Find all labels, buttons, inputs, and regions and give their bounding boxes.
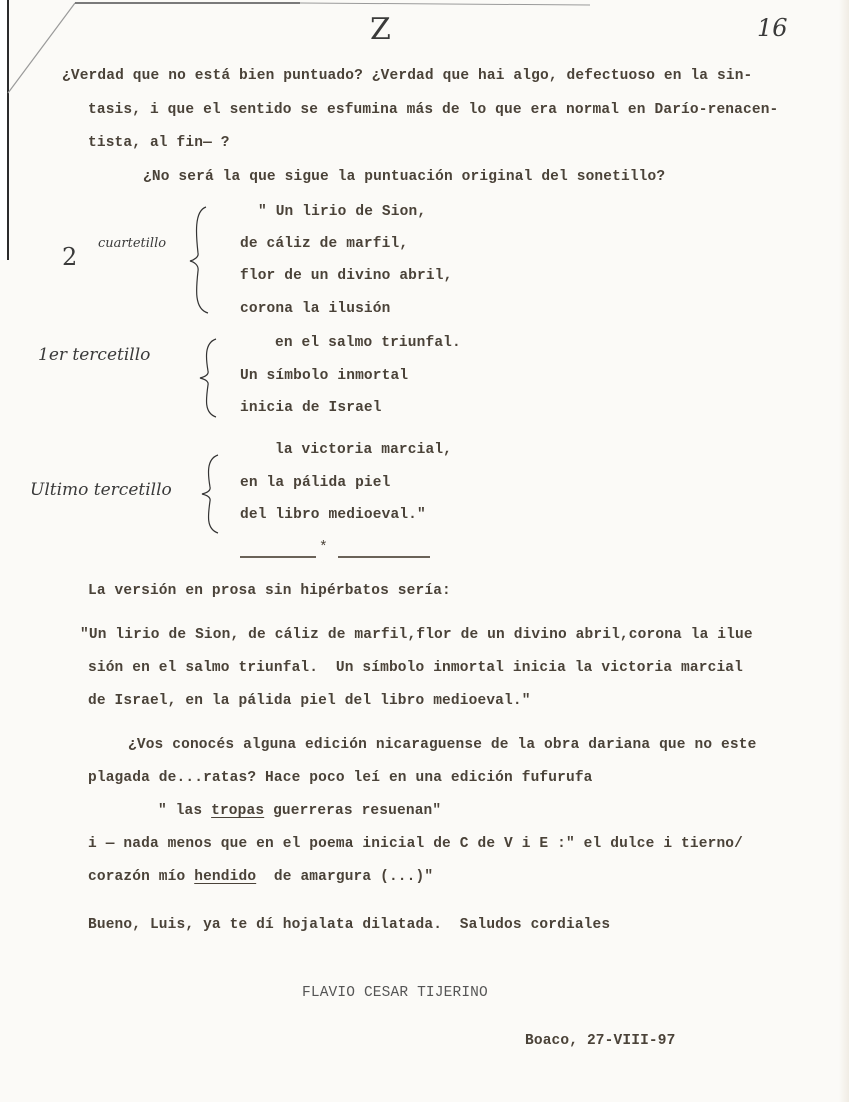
poem-line: Un símbolo inmortal bbox=[240, 368, 408, 384]
brace-icon bbox=[200, 453, 222, 535]
underlined-word: tropas bbox=[211, 803, 264, 819]
handwritten-note-cuartetillo: cuartetillo bbox=[98, 236, 166, 251]
poem-line: la victoria marcial, bbox=[275, 442, 452, 458]
paragraph-line: tista, al fin— ? bbox=[88, 135, 230, 151]
handwritten-note-2: 2 bbox=[62, 243, 77, 271]
brace-icon bbox=[198, 337, 220, 419]
poem-line: de cáliz de marfil, bbox=[240, 236, 408, 252]
poem-line: " Un lirio de Sion, bbox=[258, 204, 426, 220]
underlined-word: hendido bbox=[194, 869, 256, 885]
page-edge bbox=[0, 0, 9, 260]
handwritten-page-number: 16 bbox=[757, 14, 788, 42]
poem-line: en el salmo triunfal. bbox=[275, 335, 461, 351]
paragraph-line: tasis, i que el sentido se esfumina más … bbox=[88, 102, 778, 118]
paragraph-line: i — nada menos que en el poema inicial d… bbox=[88, 836, 743, 852]
handwritten-page-mark: Z bbox=[370, 12, 391, 47]
paragraph-line: plagada de...ratas? Hace poco leí en una… bbox=[88, 770, 593, 786]
poem-line: flor de un divino abril, bbox=[240, 268, 452, 284]
handwritten-note-tercet1: 1er tercetillo bbox=[38, 345, 150, 365]
paragraph-line: ¿Vos conocés alguna edición nicaraguense… bbox=[128, 737, 756, 753]
prose-intro: La versión en prosa sin hipérbatos sería… bbox=[88, 583, 451, 599]
poem-line: inicia de Israel bbox=[240, 400, 382, 416]
poem-line: del libro medioeval." bbox=[240, 507, 426, 523]
prose-line: de Israel, en la pálida piel del libro m… bbox=[88, 693, 531, 709]
poem-line: en la pálida piel bbox=[240, 475, 390, 491]
paragraph-line: corazón mío hendido de amargura (...)" bbox=[88, 869, 433, 885]
place-date: Boaco, 27-VIII-97 bbox=[525, 1033, 675, 1049]
poem-line: corona la ilusión bbox=[240, 301, 390, 317]
question-line: ¿No será la que sigue la puntuación orig… bbox=[143, 169, 665, 185]
closing-line: Bueno, Luis, ya te dí hojalata dilatada.… bbox=[88, 917, 610, 933]
signature: FLAVIO CESAR TIJERINO bbox=[302, 985, 488, 1001]
quote-line: " las tropas guerreras resuenan" bbox=[158, 803, 441, 819]
prose-line: "Un lirio de Sion, de cáliz de marfil,fl… bbox=[80, 627, 753, 643]
brace-icon bbox=[188, 205, 212, 315]
prose-line: sión en el salmo triunfal. Un símbolo in… bbox=[88, 660, 743, 676]
paragraph-line: ¿Verdad que no está bien puntuado? ¿Verd… bbox=[62, 68, 752, 84]
handwritten-note-tercet2: Ultimo tercetillo bbox=[30, 480, 172, 500]
page-edge-right bbox=[839, 0, 849, 1102]
